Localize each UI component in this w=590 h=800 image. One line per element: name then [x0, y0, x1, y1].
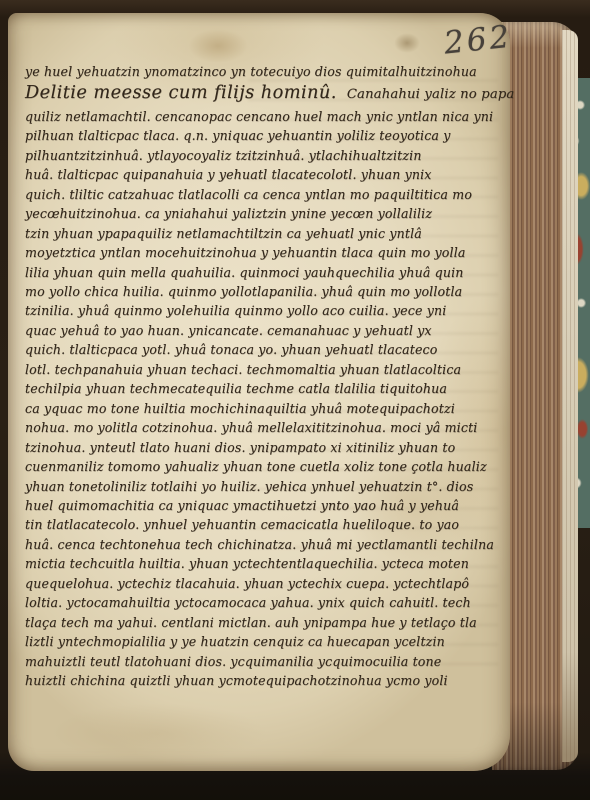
manuscript-text-block: ye huel yehuatzin ynomatzinco yn totecui… [25, 62, 507, 691]
manuscript-line: huel quimomachitia ca yniquac ymactihuet… [25, 496, 507, 515]
manuscript-line: cuenmaniliz tomomo yahualiz yhuan tone c… [25, 457, 507, 476]
paper-stain [394, 33, 420, 53]
manuscript-line: yhuan tonetoliniliz totlaihi yo huiliz. … [25, 477, 507, 496]
manuscript-line: quequelohua. yctechiz tlacahuia. yhuan y… [25, 574, 507, 593]
manuscript-line: mo yollo chica huilia. quinmo yollotlapa… [25, 282, 507, 301]
manuscript-line: loltia. yctocamahuiltia yctocamocaca yah… [25, 593, 507, 612]
manuscript-line: tzinohua. ynteutl tlato huani dios. ynip… [25, 438, 507, 457]
heading-continuation: Canahahui yaliz no papa [347, 87, 515, 102]
manuscript-line: quich. tliltic catzahuac tlatlacolli ca … [25, 185, 507, 204]
manuscript-line: techilpia yhuan techmecatequilia techme … [25, 379, 507, 398]
manuscript-line: tlaça tech ma yahui. centlani mictlan. a… [25, 613, 507, 632]
manuscript-line: nohua. mo yolitla cotzinohua. yhuâ melle… [25, 418, 507, 437]
manuscript-line: moyetztica yntlan mocehuitzinohua y yehu… [25, 243, 507, 262]
manuscript-line: quac yehuâ to yao huan. ynicancate. cema… [25, 321, 507, 340]
manuscript-line: huâ. tlalticpac quipanahuia y yehuatl tl… [25, 165, 507, 184]
manuscript-line: tzin yhuan ypapaquiliz netlamachtiltzin … [25, 224, 507, 243]
manuscript-line: ye huel yehuatzin ynomatzinco yn totecui… [25, 62, 507, 81]
manuscript-line: lilia yhuan quin mella quahuilia. quinmo… [25, 263, 507, 282]
manuscript-line: quich. tlalticpaca yotl. yhuâ tonaca yo.… [25, 340, 507, 359]
manuscript-line: huâ. cenca techtonehua tech chichinatza.… [25, 535, 507, 554]
manuscript-line: ca yquac mo tone huiltia mochichinaquilt… [25, 399, 507, 418]
latin-quotation: Delitie meesse cum filijs hominû. [25, 82, 337, 103]
manuscript-page: 262 ye huel yehuatzin ynomatzinco yn tot… [8, 13, 510, 771]
manuscript-line: yecœhuitzinohua. ca yniahahui yaliztzin … [25, 204, 507, 223]
fore-edge-light-page-edge [562, 30, 578, 762]
manuscript-line: lotl. techpanahuia yhuan techaci. techmo… [25, 360, 507, 379]
manuscript-heading-line: Delitie meesse cum filijs hominû.Canahah… [25, 81, 507, 107]
manuscript-line: liztli yntechmopialilia y ye huatzin cen… [25, 632, 507, 651]
manuscript-line: pilhuan tlalticpac tlaca. q.n. yniquac y… [25, 126, 507, 145]
manuscript-line: mictia techcuitla huiltia. yhuan yctecht… [25, 554, 507, 573]
manuscript-line: quiliz netlamachtil. cencanopac cencano … [25, 107, 507, 126]
paper-stain [188, 29, 248, 63]
manuscript-line: huiztli chichina quiztli yhuan ycmotequi… [25, 671, 507, 690]
manuscript-line: pilhuantzitzinhuâ. ytlayocoyaliz tzitzin… [25, 146, 507, 165]
manuscript-line: tzinilia. yhuâ quinmo yolehuilia quinmo … [25, 301, 507, 320]
paper-stain [48, 703, 268, 763]
manuscript-line: tin tlatlacatecolo. ynhuel yehuantin cem… [25, 515, 507, 534]
manuscript-line: mahuiztli teutl tlatohuani dios. ycquima… [25, 652, 507, 671]
photograph-of-open-book: 262 ye huel yehuatzin ynomatzinco yn tot… [0, 0, 590, 800]
